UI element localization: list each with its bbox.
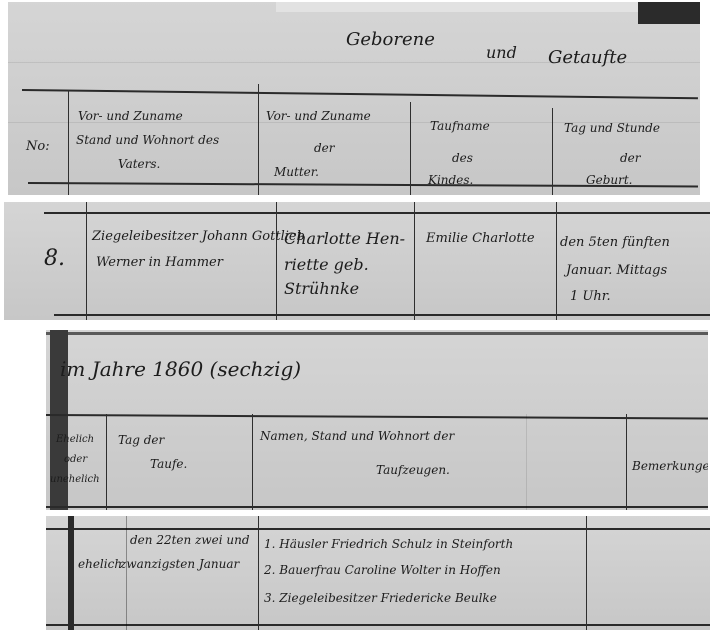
- register-right-entry-panel: ehelich den 22ten zwei und zwanzigsten J…: [46, 516, 710, 630]
- header-child-3: Kindes.: [428, 174, 473, 188]
- header-baptism-day-2: Taufe.: [150, 458, 187, 472]
- header-mother-2: der: [314, 142, 335, 156]
- register-entry-panel: 8. Ziegeleibesitzer Johann Gottlieb Wern…: [4, 202, 710, 320]
- register-right-header-panel: im Jahre 1860 (sechzig) Ehelich oder une…: [46, 330, 708, 510]
- header-top-rule: [22, 89, 698, 99]
- header-no: No:: [26, 140, 50, 155]
- header-godparents-2: Taufzeugen.: [376, 464, 450, 478]
- header-remarks: Bemerkungen.: [632, 460, 708, 474]
- entry-baptism-day-1: den 22ten zwei und: [130, 534, 250, 548]
- entry-baptism-day-2: zwanzigsten Januar: [120, 558, 239, 572]
- register-header-panel: Geborene und Getaufte No: Vor- und Zunam…: [8, 2, 700, 195]
- year-line: im Jahre 1860 (sechzig): [60, 358, 301, 381]
- entry-mother-2: riette geb.: [284, 256, 369, 274]
- header-legitimacy-1: Ehelich: [56, 434, 94, 446]
- book-corner-shadow: [638, 2, 700, 24]
- header-legitimacy-3: unehelich: [50, 474, 100, 486]
- entry-mother-3: Strühnke: [284, 280, 359, 298]
- header-godparents-1: Namen, Stand und Wohnort der: [260, 430, 454, 444]
- header-birth-3: Geburt.: [586, 174, 632, 188]
- header-father-2: Stand und Wohnort des: [76, 134, 219, 148]
- entry-father-2: Werner in Hammer: [96, 256, 223, 271]
- header-baptism-day-1: Tag der: [118, 434, 164, 448]
- entry-child: Emilie Charlotte: [426, 232, 535, 247]
- entry-godparent-3: 3. Ziegeleibesitzer Friedericke Beulke: [264, 592, 497, 606]
- entry-godparent-1: 1. Häusler Friedrich Schulz in Steinfort…: [264, 538, 513, 552]
- title-und: und: [486, 44, 517, 62]
- entry-legitimacy: ehelich: [78, 558, 122, 572]
- book-edge-shadow: [276, 2, 700, 12]
- header-child-1: Taufname: [430, 120, 490, 134]
- entry-father-1: Ziegeleibesitzer Johann Gottlieb: [92, 230, 305, 245]
- header-mother-1: Vor- und Zuname: [266, 110, 371, 124]
- header-legitimacy-2: oder: [64, 454, 87, 466]
- entry-birth-1: den 5ten fünften: [560, 236, 670, 251]
- title-getaufte: Getaufte: [548, 48, 627, 69]
- header-child-2: des: [452, 152, 473, 166]
- entry-mother-1: Charlotte Hen-: [284, 230, 405, 248]
- header-father-3: Vaters.: [118, 158, 160, 172]
- entry-birth-3: 1 Uhr.: [570, 290, 611, 305]
- entry-godparent-2: 2. Bauerfrau Caroline Wolter in Hoffen: [264, 564, 501, 578]
- entry-birth-2: Januar. Mittags: [566, 264, 667, 279]
- header-father-1: Vor- und Zuname: [78, 110, 183, 124]
- header-birth-1: Tag und Stunde: [564, 122, 660, 136]
- title-geborene: Geborene: [346, 30, 435, 51]
- header-birth-2: der: [620, 152, 641, 166]
- entry-number: 8.: [44, 246, 65, 271]
- header-mother-3: Mutter.: [274, 166, 319, 180]
